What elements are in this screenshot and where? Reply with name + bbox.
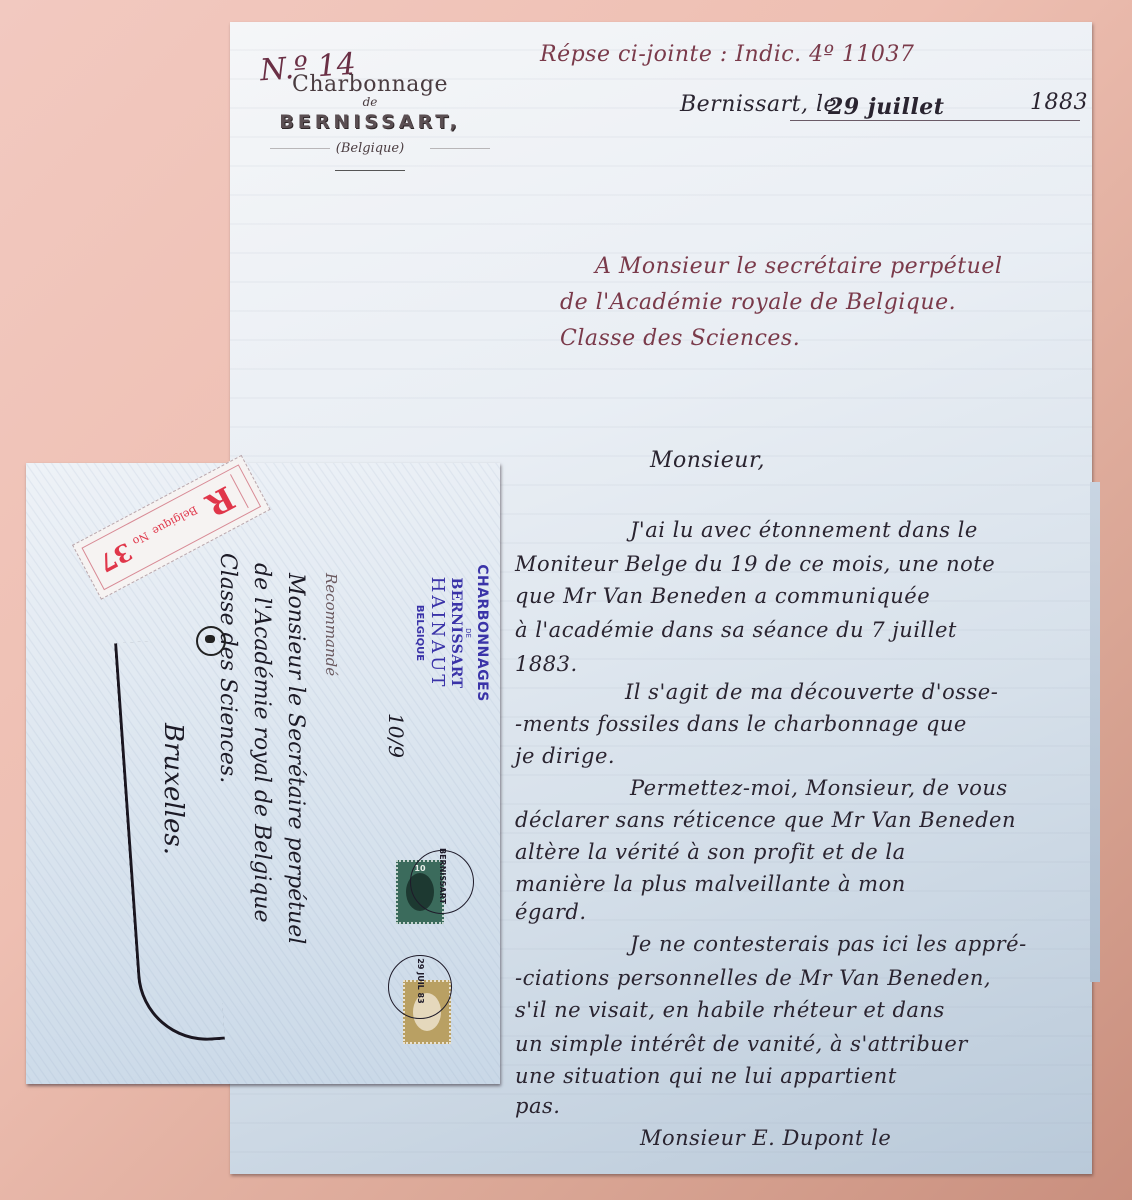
body-line: Permettez-moi, Monsieur, de vous <box>630 776 1008 800</box>
postmark: 29 JUIL 83 <box>388 955 452 1019</box>
sender-line-1: CHARBONNAGES <box>474 503 490 763</box>
address-line-3: Classe des Sciences. <box>215 553 240 783</box>
body-line: -ciations personnelles de Mr Van Beneden… <box>515 966 991 990</box>
body-line: pas. <box>515 1094 560 1118</box>
registration-country: Belgique <box>150 503 200 538</box>
sender-line-3: BERNISSART <box>448 503 464 763</box>
sender-imprint: CHARBONNAGES DE BERNISSART HAINAUT BELGI… <box>414 503 490 763</box>
letterhead-rule <box>335 170 405 171</box>
registered-r-mark: R <box>200 474 249 524</box>
registration-prefix: No <box>130 529 150 548</box>
postmark-date: 29 JUIL 83 <box>415 950 425 1012</box>
letterhead-de: de <box>250 95 490 109</box>
body-line: s'il ne visait, en habile rhéteur et dan… <box>515 998 945 1022</box>
body-line: manière la plus malveillante à mon <box>515 872 906 896</box>
addressee-line-1: A Monsieur le secrétaire perpétuel <box>595 254 1002 279</box>
flourish-left <box>270 148 330 149</box>
letter-edge <box>1090 482 1100 982</box>
envelope-annotation: Recommandé <box>322 573 340 676</box>
body-line: déclarer sans réticence que Mr Van Bened… <box>515 808 1016 832</box>
dateline-rule <box>790 120 1080 121</box>
sender-line-5: BELGIQUE <box>414 503 425 763</box>
body-line: Monsieur E. Dupont le <box>640 1126 891 1150</box>
body-line: un simple intérêt de vanité, à s'attribu… <box>515 1032 968 1056</box>
body-line: Je ne contesterais pas ici les appré- <box>630 932 1027 956</box>
body-line: égard. <box>515 900 587 924</box>
body-line: que Mr Van Beneden a communiquée <box>515 584 930 608</box>
letterhead-company: BERNISSART, <box>250 111 490 133</box>
dateline-year: 1883 <box>1030 90 1088 115</box>
body-line: altère la vérité à son profit et de la <box>515 840 906 864</box>
body-line: une situation qui ne lui appartient <box>515 1064 897 1088</box>
body-line: -ments fossiles dans le charbonnage que <box>515 712 967 736</box>
body-line: J'ai lu avec étonnement dans le <box>630 518 978 542</box>
body-line: à l'académie dans sa séance du 7 juillet <box>515 618 957 642</box>
fraction-note: 10/9 <box>384 713 408 758</box>
body-line: 1883. <box>515 652 578 676</box>
registration-number-value: 37 <box>94 536 137 577</box>
address-line-1: Monsieur le Secrétaire perpétuel <box>283 573 308 944</box>
postmark: BERNISSART <box>410 850 474 914</box>
flourish-right <box>430 148 490 149</box>
body-line: Moniteur Belge du 19 de ce mois, une not… <box>515 552 995 576</box>
sender-line-2: DE <box>464 503 472 763</box>
postmark-town: BERNISSART <box>437 845 447 907</box>
letterhead: Charbonnage de BERNISSART, (Belgique) <box>250 72 490 171</box>
address-line-2: de l'Académie royal de Belgique <box>249 563 274 923</box>
dateline-place: Bernissart, le <box>680 92 837 117</box>
salutation: Monsieur, <box>650 448 765 473</box>
letterhead-title: Charbonnage <box>250 72 490 97</box>
body-line: je dirige. <box>515 744 615 768</box>
reply-annotation: Répse ci-jointe : Indic. 4º 11037 <box>540 42 914 67</box>
dateline-date: 29 juillet <box>828 94 944 120</box>
addressee-line-2: de l'Académie royale de Belgique. <box>560 290 956 315</box>
sender-line-4: HAINAUT <box>427 503 448 763</box>
circular-handstamp-icon <box>196 626 226 656</box>
body-line: Il s'agit de ma découverte d'osse- <box>625 680 998 704</box>
addressee-line-3: Classe des Sciences. <box>560 326 800 351</box>
